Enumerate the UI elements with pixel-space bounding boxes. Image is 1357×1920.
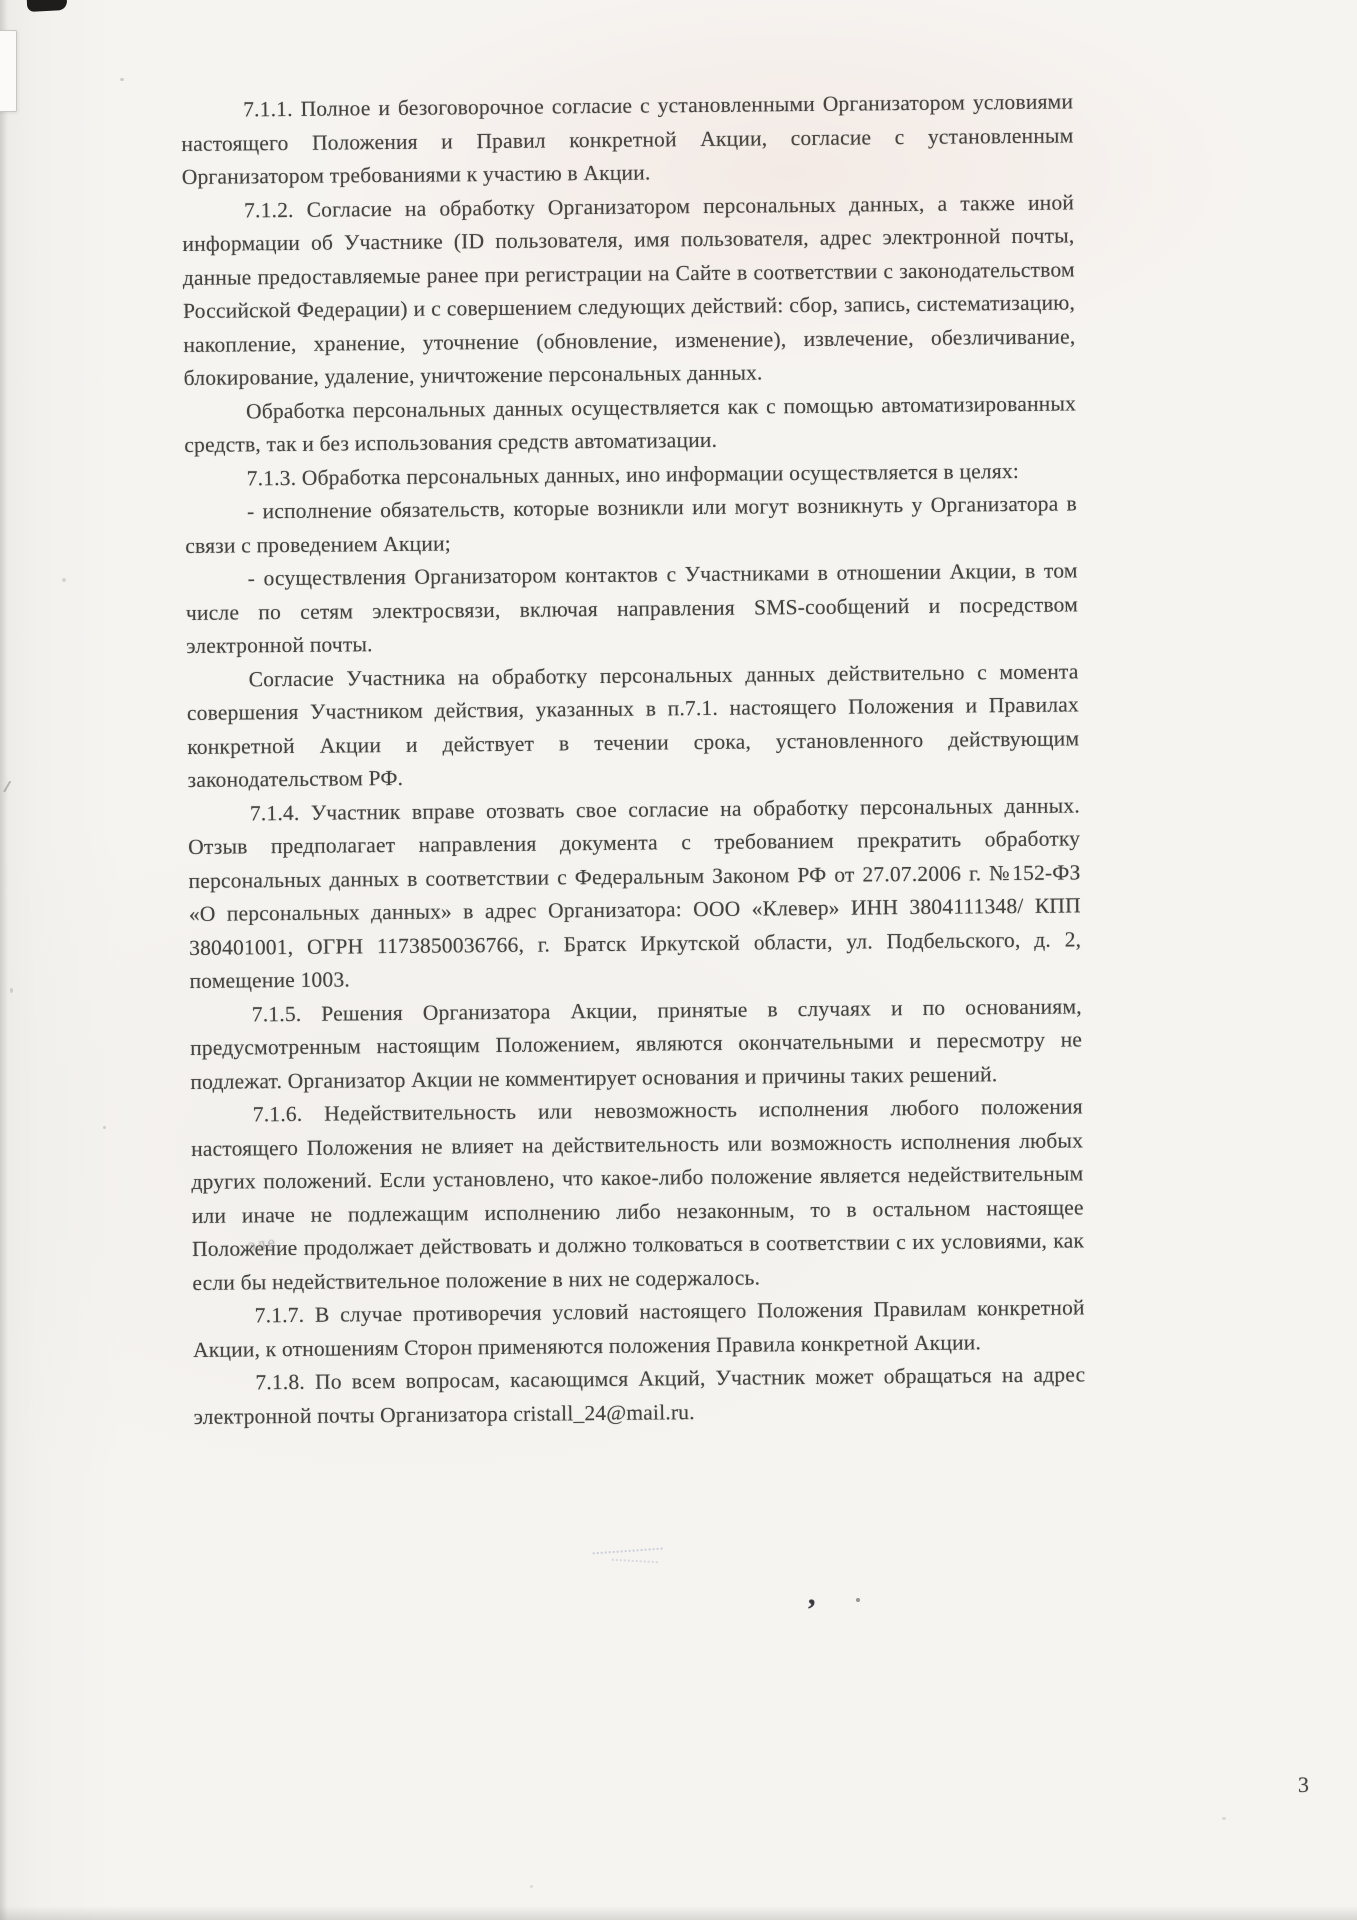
scan-speck xyxy=(530,1885,533,1888)
paragraph: 7.1.7. В случае противоречия условий нас… xyxy=(193,1291,1086,1367)
scan-left-edge-shadow xyxy=(0,0,8,1920)
paragraph: Обработка персональных данных осуществля… xyxy=(184,387,1077,463)
scan-speck xyxy=(62,578,66,582)
paragraph: - исполнение обязательств, которые возни… xyxy=(185,487,1078,563)
paragraph: 7.1.8. По всем вопросам, касающимся Акци… xyxy=(193,1358,1086,1434)
scan-speck xyxy=(10,988,13,993)
paragraph: - осуществления Организатором контактов … xyxy=(186,554,1079,663)
paragraph: 7.1.5. Решения Организатора Акции, приня… xyxy=(190,990,1083,1099)
paragraph: Согласие Участника на обработку персонал… xyxy=(186,655,1079,798)
scanned-document-page: 7.1.1. Полное и безоговорочное согласие … xyxy=(0,0,1357,1920)
scan-speck xyxy=(120,78,124,81)
scan-bottom-edge-shadow xyxy=(0,1906,1357,1920)
page-number: 3 xyxy=(1298,1772,1309,1798)
faint-blue-scribble xyxy=(612,1549,659,1563)
faint-handwriting-smudge: эле xyxy=(247,1232,279,1256)
paragraph: 7.1.1. Полное и безоговорочное согласие … xyxy=(181,85,1074,194)
scan-left-paper-tab xyxy=(0,30,17,112)
paragraph: 7.1.6. Недействительность или невозможно… xyxy=(191,1090,1085,1300)
scan-speck xyxy=(1222,1817,1226,1820)
scan-corner-ink-blob xyxy=(27,0,68,12)
document-body-text: 7.1.1. Полное и безоговорочное согласие … xyxy=(181,85,1086,1434)
paragraph: 7.1.4. Участник вправе отозвать свое сог… xyxy=(188,789,1082,999)
ink-comma-mark: , xyxy=(808,1578,816,1612)
ink-dot-mark xyxy=(856,1598,860,1602)
scan-speck xyxy=(103,1126,106,1129)
paragraph: 7.1.2. Согласие на обработку Организатор… xyxy=(182,186,1076,396)
